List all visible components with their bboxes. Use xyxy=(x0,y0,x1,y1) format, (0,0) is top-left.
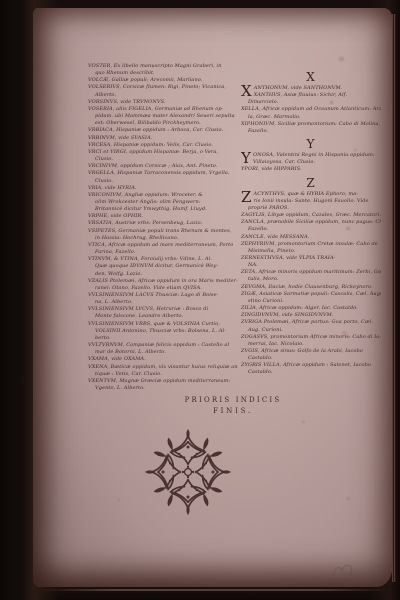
index-line: Clusio. xyxy=(88,156,238,163)
index-line: NA. xyxy=(241,262,381,269)
index-line: mar de Botorni, L. Alberto. xyxy=(88,349,238,356)
index-line: ZAGYLIS, Libyæ oppidum, Cazales, Græc. M… xyxy=(241,212,381,219)
pencil-mark xyxy=(331,561,357,581)
index-line: Misimella, Pineto. xyxy=(241,248,381,255)
drop-cap-letter: X xyxy=(241,85,252,99)
index-line: Y xyxy=(241,138,381,151)
index-line: stino Curioni. xyxy=(241,298,381,305)
index-line: VOLSINII Antonino, Thusciæ vrbs: Bolsena… xyxy=(88,328,238,335)
index-line: tiquæ : Vetis, Car. Clusio. xyxy=(88,371,238,378)
index-line: Fazello. xyxy=(241,226,381,233)
index-line: X xyxy=(241,71,381,84)
index-line: Farina, Fazello. xyxy=(88,249,238,256)
index-line: YONOSA, Valentini Regni in Hispania oppi… xyxy=(241,152,381,159)
index-line: Castaldo. xyxy=(241,369,381,376)
index-line: ZANCLA, prænobile Siciliæ oppidum, nunc … xyxy=(241,219,381,226)
index-line: ZEPHYRIVM, promontorium Cretæ insulæ: Ca… xyxy=(241,241,381,248)
index-line: VRBIACA, Hispaniæ oppidum : Arboca, Car.… xyxy=(88,127,238,134)
index-line: Quæ quoque IDVNVM dicitur, Germanicè Wey… xyxy=(88,263,238,270)
index-line: VRCESA, Hispaniæ oppidum: Velis, Car. Cl… xyxy=(88,142,238,149)
index-line: VRBINVM, vide SVASIA. xyxy=(88,135,238,142)
footer-finis: FINIS. xyxy=(93,407,373,416)
index-line: VOLCÆ, Galliæ populi; Arecomii, Marliano… xyxy=(88,77,238,84)
index-line: VRCI et VIRGI, oppidum Hispaniæ: Berja, … xyxy=(88,149,238,156)
index-column-right: XXANTHONVM, vide SANTHONVM.XANTHVS, Asiæ… xyxy=(241,68,381,398)
index-line: la, Græc. Marmolio. xyxy=(241,114,381,121)
index-line: XIPHONIVM, Siciliæ promontorium: Cabo di… xyxy=(241,121,381,128)
footer-prioris-indicis: PRIORIS INDICIS xyxy=(93,396,373,405)
foxing-spot xyxy=(345,496,351,501)
index-line: VRSATIA, Austriæ vrbs: Persenbeug, Lazio… xyxy=(88,220,238,227)
index-line: ZACYNTHVS, quæ & HYRIA Ephoro, ma- xyxy=(241,191,381,198)
drop-cap-letter: Z xyxy=(241,191,252,205)
index-line: Castaldo. xyxy=(241,355,381,362)
index-line: ZETA, Africæ minoris oppidum maritimum: … xyxy=(241,269,381,276)
index-line: VSIPETES, Germaniæ populi trans Rhenum &… xyxy=(88,228,238,235)
drop-cap-letter: Y xyxy=(241,152,251,166)
index-line: est: Oberwesel, Bilibaldo Pirckheymero. xyxy=(88,120,238,127)
index-line: ZANCLE, vide MESSANA. xyxy=(241,234,381,241)
index-line: ZEVGMA, Daciæ, hodie Clausenburg, Rickey… xyxy=(241,284,381,291)
index-line: Britannicè dicitur Ymwythig, Humf. Lluyd… xyxy=(88,206,238,213)
bottom-page-edge xyxy=(42,589,388,591)
index-line: na, L. Alberto. xyxy=(88,299,238,306)
index-footer: PRIORIS INDICIS FINIS. xyxy=(93,396,373,416)
book-page: VOSTER, Ex libello manuscripto Magni Gra… xyxy=(33,8,392,587)
index-line: Alberto. xyxy=(88,92,238,99)
index-line: VRGELLA, Hispaniæ Tarraconensis oppidum,… xyxy=(88,170,238,177)
index-line: Monte falscone, Leandro Alberto. xyxy=(88,313,238,320)
index-line: VRPHE, vide OPHIR. xyxy=(88,213,238,220)
index-line: XELLA, Africæ oppidum ad Oceanum Atlanti… xyxy=(241,106,381,113)
index-line: ZVRIGA Ptolemæi, Africæ portus: Goa port… xyxy=(241,319,381,326)
index-line: VVLSINIENSIVM VRBS, quæ & VOLSINIA Curti… xyxy=(88,321,238,328)
index-line: quo Rhenum describit. xyxy=(88,70,238,77)
index-line: YPORI, vide HIPPARIS. xyxy=(241,166,381,173)
index-line: ZERNESTHVSA, vide VLPIA TRAIA- xyxy=(241,255,381,262)
index-line: ris Ionii insula: Sante, Hugoni Fauolio.… xyxy=(241,198,381,205)
index-line: ZIGÆ, Asiaticæ Sarmatiæ populi: Cascalis… xyxy=(241,291,381,298)
index-line: tulis, Moro. xyxy=(241,276,381,283)
index-line: Clusio. xyxy=(88,178,238,185)
index-line: ZOGASVS, promontorium Africæ minoris: Ca… xyxy=(241,334,381,341)
index-line: VTICA, Africæ oppidum ad mare mediterran… xyxy=(88,242,238,249)
index-column-left: VOSTER, Ex libello manuscripto Magni Gra… xyxy=(88,63,238,397)
index-line: propriè PAROS. xyxy=(241,205,381,212)
index-line: Z xyxy=(241,177,381,190)
index-line: berto. xyxy=(88,335,238,342)
index-line: Vgento, L. Alberto. xyxy=(88,385,238,392)
index-line: Fazello. xyxy=(241,128,381,135)
index-line: VRCINIVM, oppidum Corsicæ ; Aiax, Ant. P… xyxy=(88,163,238,170)
index-line: VXAMA, vide OXAMA. xyxy=(88,356,238,363)
index-line: VOSERIA, aliis FIGELIA, Germaniæ ad Rhen… xyxy=(88,106,238,113)
foxing-spot xyxy=(301,420,306,424)
index-line: VORSINVS, vide TRVNONVS. xyxy=(88,99,238,106)
index-line: Villaioyosa, Car. Clusio. xyxy=(241,159,381,166)
index-line: VVLTVRNVM, Campaniæ felicis oppidum : Ca… xyxy=(88,342,238,349)
index-line: XANTHONVM, vide SANTHONVM. xyxy=(241,85,381,92)
index-line: in Hassia: Hochrug, Rhellicano. xyxy=(88,235,238,242)
index-line: ranei: Otano, Fazello. Vide etiam QVISA. xyxy=(88,285,238,292)
index-line: VRICONIVM, Angliæ oppidum: Wroceter, & xyxy=(88,192,238,199)
fleuron-ornament xyxy=(145,429,231,515)
foxing-spot xyxy=(117,498,121,502)
index-line: VRIA, vide HYRIA. xyxy=(88,185,238,192)
index-line: XANTHVS, Asiæ fluuius: Sichir, Alf. xyxy=(241,92,381,99)
index-line: VXENTVM, Magnæ Græciæ oppidum mediterran… xyxy=(88,378,238,385)
index-line: VOSTER, Ex libello manuscripto Magni Gra… xyxy=(88,63,238,70)
index-line: Dimarcielo. xyxy=(241,99,381,106)
index-line: VZALIS Ptolemæi, Africæ oppidum in ora M… xyxy=(88,278,238,285)
book-photo: VOSTER, Ex libello manuscripto Magni Gra… xyxy=(0,0,400,600)
index-line: VVLSINIENSIVM LACVS Thusciæ: Lago di Bol… xyxy=(88,292,238,299)
index-line: pidum, ubi Mammæa mater Alexandri Seueri… xyxy=(88,113,238,120)
index-line: VXENA, Bæticæ oppidum, vix visuntur huiu… xyxy=(88,364,238,371)
index-line: ZINGIDVNVM, vide SINGIDVNVM. xyxy=(241,312,381,319)
foxing-spot xyxy=(338,56,345,62)
index-line: Aug. Curioni. xyxy=(241,327,381,334)
index-line: ZYGRIS VILLA, Africæ oppidum : Salonet, … xyxy=(241,362,381,369)
index-line: ZVGIS, Africæ sinus: Golfo de la Arabi, … xyxy=(241,348,381,355)
index-line: VOLSERIVS, Corsicæ flumen: Rigi, Pineto;… xyxy=(88,84,238,91)
index-line: VVLSINIENSIVM LVCVS, Hetruriæ : Bosco di xyxy=(88,306,238,313)
fore-edge-pages xyxy=(392,14,396,582)
index-line: den, Wolfg. Lazio. xyxy=(88,271,238,278)
index-line: merrai, Iac. Nicolaio. xyxy=(241,341,381,348)
index-line: ZILIA, Africæ oppidum: Alger, Iac. Casta… xyxy=(241,305,381,312)
